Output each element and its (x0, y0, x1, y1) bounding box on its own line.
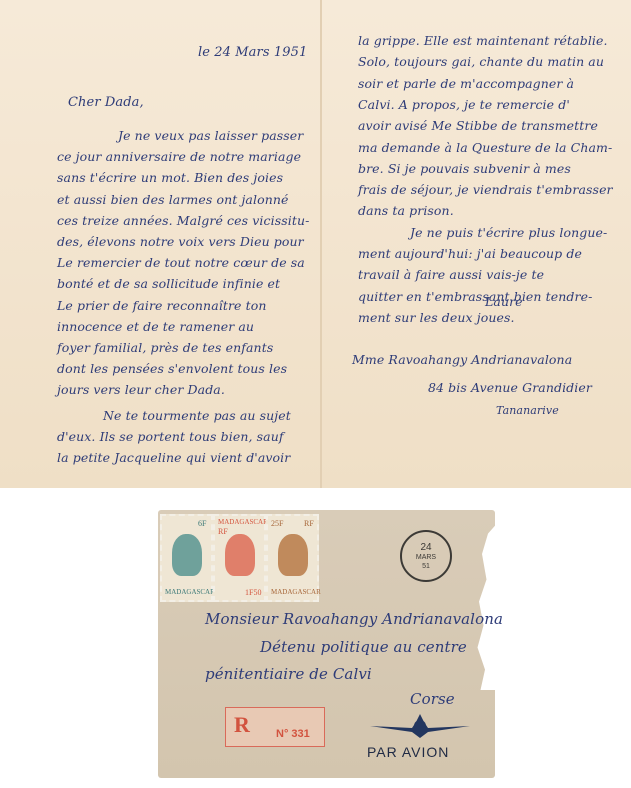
letter-line: ces treize années. Malgré ces vicissitu- (57, 213, 309, 228)
sender-street: 84 bis Avenue Grandidier (428, 380, 592, 395)
recipient-institution: pénitentiaire de Calvi (205, 665, 372, 683)
letter-line: frais de séjour, je viendrais t'embrasse… (358, 182, 613, 197)
letter-line: la petite Jacqueline qui vient d'avoir (57, 450, 290, 465)
letter-signature: Laure (485, 294, 523, 309)
letter-date: le 24 Mars 1951 (198, 45, 307, 60)
letter-line: bre. Si je pouvais subvenir à mes (358, 161, 571, 176)
stamp-country: MADAGASCAR (165, 588, 215, 596)
letter-line: jours vers leur cher Dada. (57, 382, 225, 397)
letter-line: ment aujourd'hui: j'ai beaucoup de (358, 246, 582, 261)
letter-line: la grippe. Elle est maintenant rétablie. (358, 33, 608, 48)
airplane-icon (368, 712, 472, 742)
portrait-icon (278, 534, 308, 576)
letter-line: travail à faire aussi vais-je te (358, 267, 544, 282)
letter-line: foyer familial, près de tes enfants (57, 340, 273, 355)
postmark-year: 51 (402, 563, 450, 570)
letter-page-right (321, 0, 631, 488)
registration-label: R N° 331 (225, 707, 325, 747)
letter-line: et aussi bien des larmes ont jalonné (57, 192, 289, 207)
letter-greeting: Cher Dada, (68, 95, 144, 110)
letter-line: Le prier de faire reconnaître ton (57, 298, 267, 313)
letter-line: ce jour anniversaire de notre mariage (57, 149, 301, 164)
registration-letter: R (234, 712, 250, 738)
letter-line: ma demande à la Questure de la Cham- (358, 140, 612, 155)
stamp-marks: RF (304, 519, 314, 528)
sender-city: Tananarive (496, 404, 559, 417)
stamp-value: 6F (198, 519, 206, 528)
letter-line: des, élevons notre voix vers Dieu pour (57, 234, 304, 249)
recipient-name: Monsieur Ravoahangy Andrianavalona (205, 610, 503, 628)
letter-line: d'eux. Ils se portent tous bien, sauf (57, 429, 284, 444)
portrait-icon (225, 534, 255, 576)
letter-line: quitter en t'embrassant bien tendre- (358, 289, 592, 304)
letter-line: Ne te tourmente pas au sujet (103, 408, 291, 423)
postmark-day: 24 (402, 542, 450, 553)
recipient-status: Détenu politique au centre (260, 638, 467, 656)
letter-line: Calvi. A propos, je te remercie d' (358, 97, 570, 112)
postage-stamp-3: 25F RF MADAGASCAR (266, 514, 319, 602)
postmark-month: MARS (402, 554, 450, 561)
letter-line: soir et parle de m'accompagner à (358, 76, 574, 91)
recipient-region: Corse (410, 690, 455, 708)
stamp-marks: RF (218, 527, 228, 536)
stamp-country: MADAGASCAR (218, 518, 268, 526)
letter-line: Je ne veux pas laisser passer (118, 128, 303, 143)
postage-stamp-1: 6F MADAGASCAR (160, 514, 213, 602)
letter-line: dont les pensées s'envolent tous les (57, 361, 287, 376)
letter-line: sans t'écrire un mot. Bien des joies (57, 170, 283, 185)
letter-line: Le remercier de tout notre cœur de sa (57, 255, 305, 270)
letter-line: dans ta prison. (358, 203, 454, 218)
postage-stamp-2: MADAGASCAR RF 1F50 (213, 514, 266, 602)
letter-line: bonté et de sa sollicitude infinie et (57, 276, 280, 291)
registration-number: N° 331 (276, 728, 310, 740)
letter-line: avoir avisé Me Stibbe de transmettre (358, 118, 598, 133)
stamp-value: 1F50 (245, 588, 261, 597)
portrait-icon (172, 534, 202, 576)
letter-line: innocence et de te ramener au (57, 319, 254, 334)
postmark: 24 MARS 51 (400, 530, 452, 582)
airmail-label: PAR AVION (367, 744, 449, 760)
page-fold (320, 0, 322, 488)
letter-line: Solo, toujours gai, chante du matin au (358, 54, 604, 69)
stamp-value: 25F (271, 519, 283, 528)
stamp-country: MADAGASCAR (271, 588, 321, 596)
letter-line: ment sur les deux joues. (358, 310, 515, 325)
sender-name: Mme Ravoahangy Andrianavalona (352, 352, 572, 367)
letter-line: Je ne puis t'écrire plus longue- (410, 225, 607, 240)
